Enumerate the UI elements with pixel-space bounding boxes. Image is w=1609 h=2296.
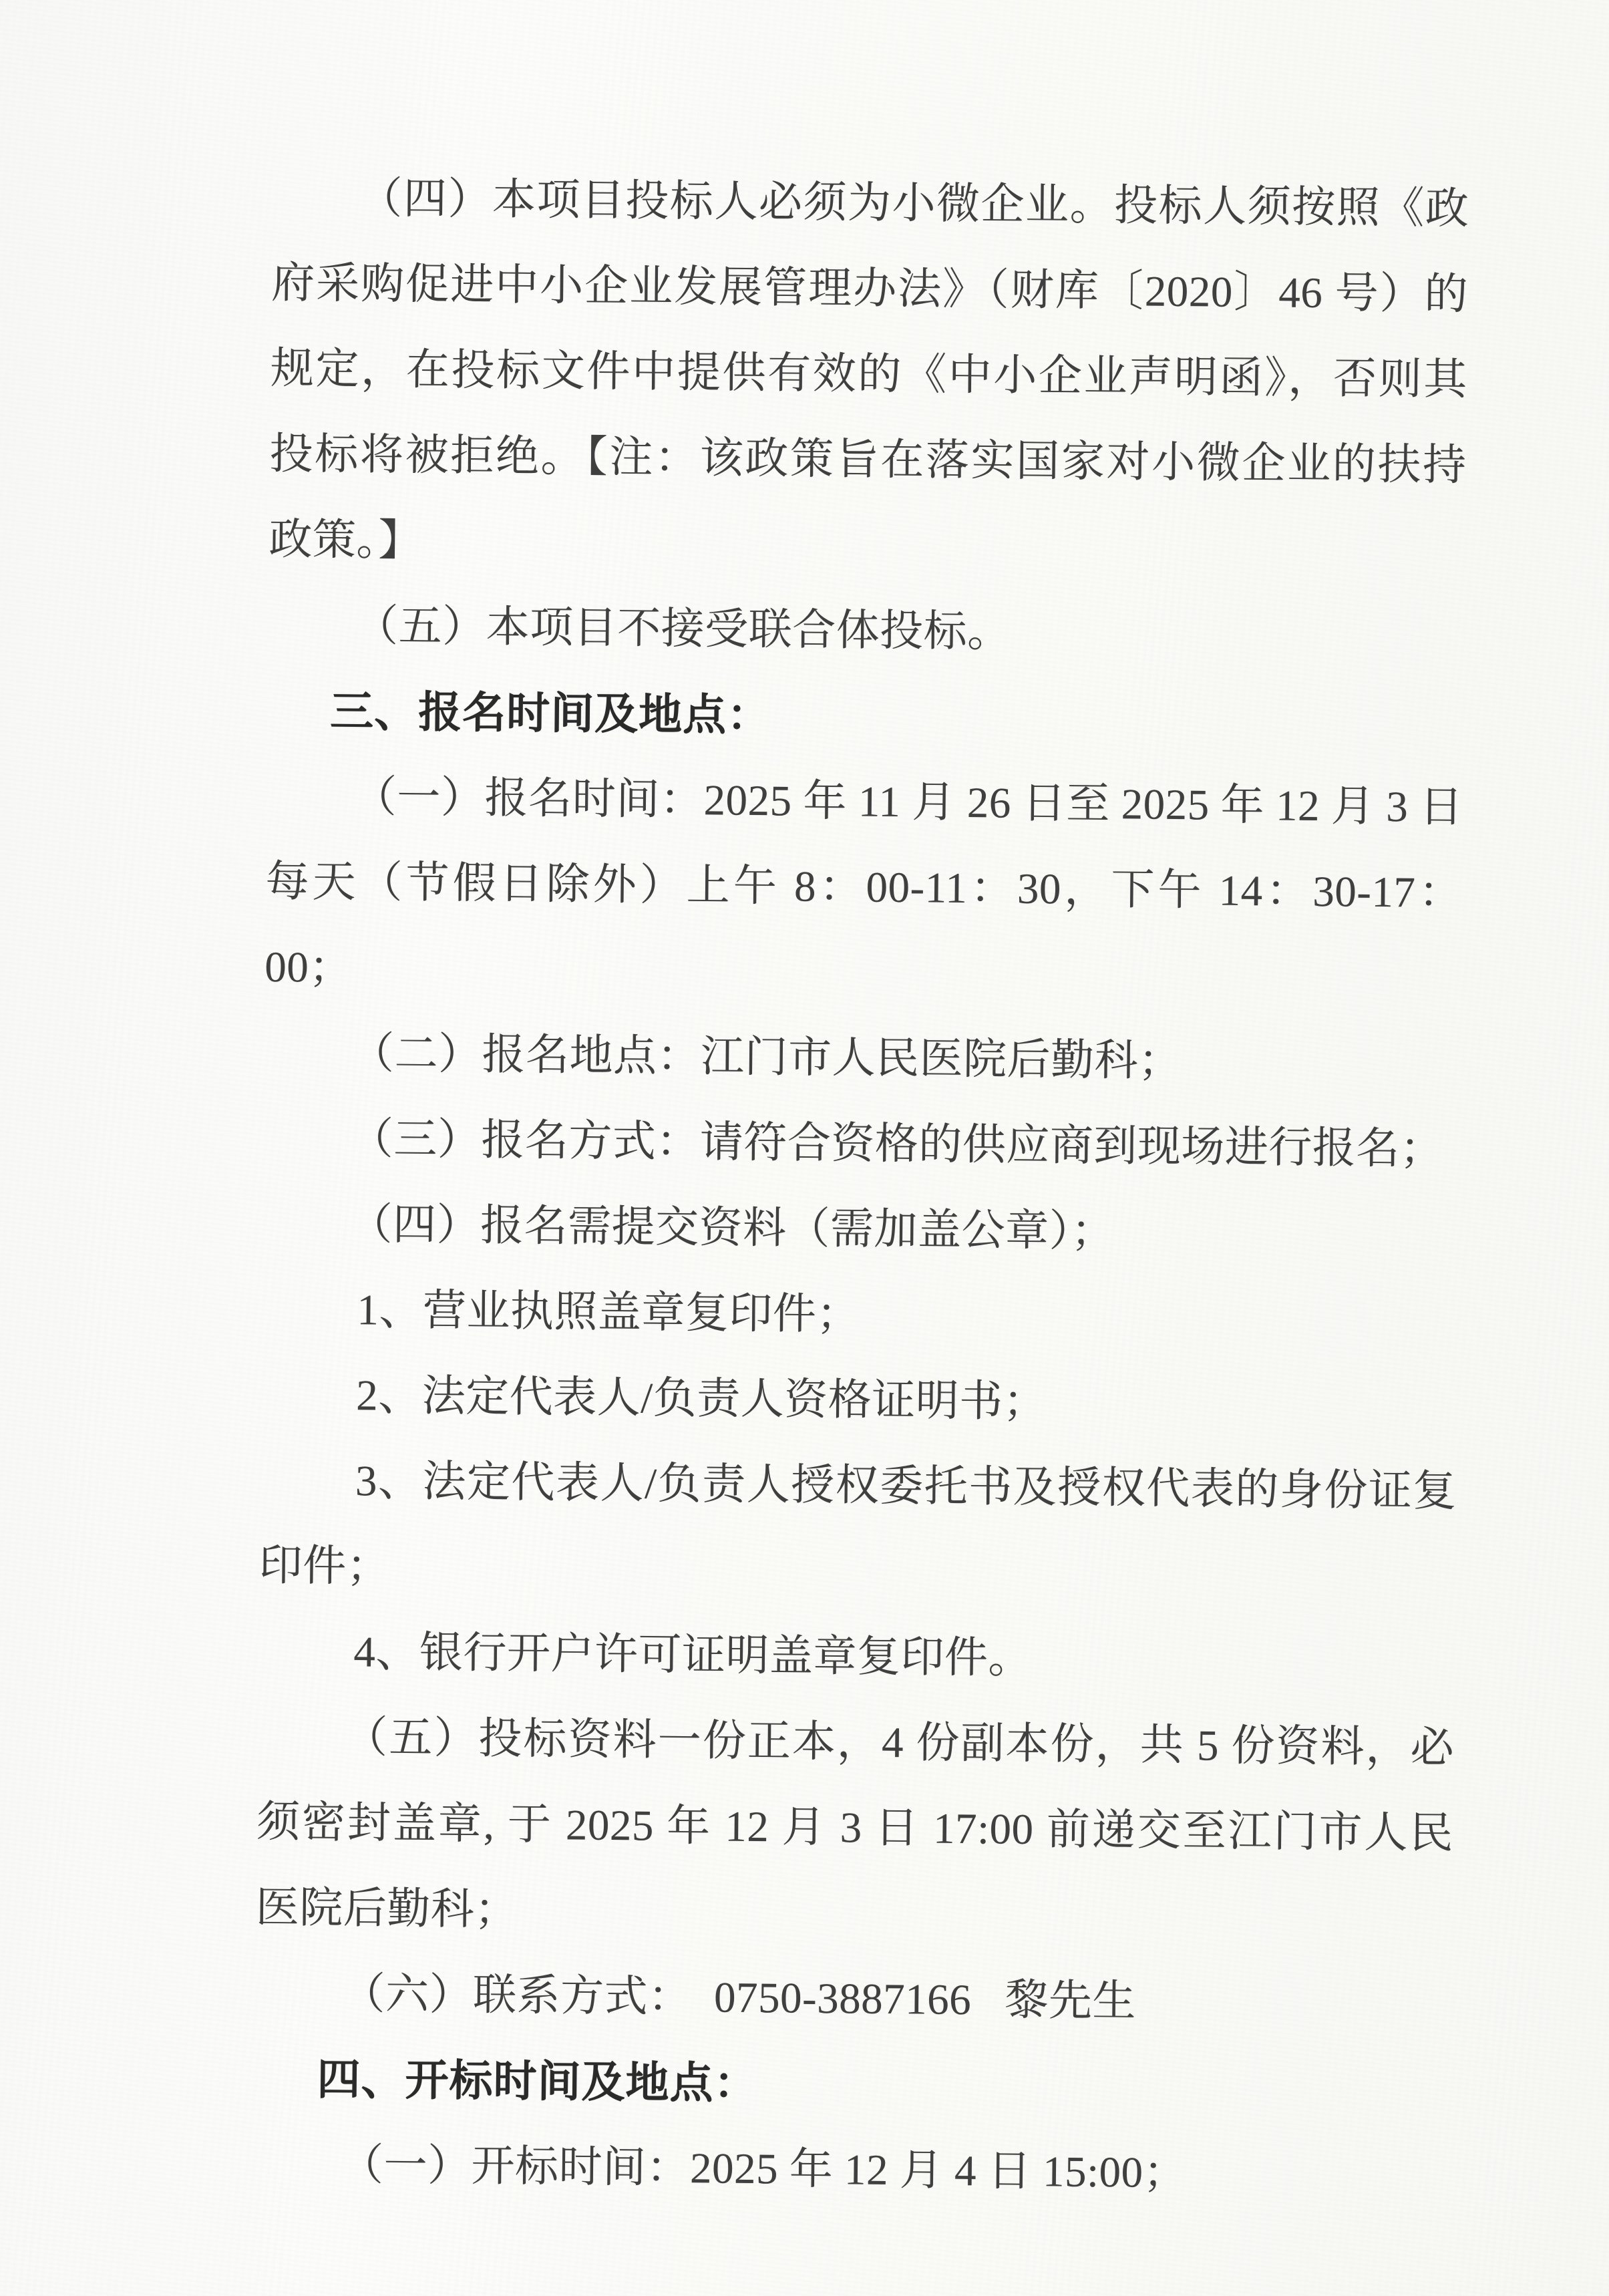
- document-text-block: （四）本项目投标人必须为小微企业。投标人须按照《政府采购促进中小企业发展管理办法…: [253, 155, 1469, 2219]
- paragraph-registration-materials: （四）报名需提交资料（需加盖公章）；: [262, 1181, 1459, 1278]
- paragraph-contact-info: （六）联系方式： 0750-3887166 黎先生: [254, 1951, 1452, 2047]
- paragraph-registration-time: （一）报名时间：2025 年 11 月 26 日至 2025 年 12 月 3 …: [264, 754, 1464, 1021]
- paragraph-no-consortium-bids: （五）本项目不接受联合体投标。: [268, 583, 1465, 679]
- list-item-2-legal-rep-qualification: 2、法定代表人/负责人资格证明书；: [260, 1352, 1458, 1449]
- paragraph-bid-opening-time: （一）开标时间：2025 年 12 月 4 日 15:00；: [253, 2122, 1451, 2219]
- paragraph-registration-place: （二）报名地点：江门市人民医院后勤科；: [263, 1010, 1461, 1107]
- list-item-4-bank-account-permit-copy: 4、银行开户许可证明盖章复印件。: [258, 1609, 1455, 1705]
- heading-section-4-bid-opening-time-place: 四、开标时间及地点：: [254, 2036, 1451, 2133]
- scanned-tender-document: { "page": { "paper_color": "#fbfbf9", "i…: [0, 0, 1609, 2296]
- paragraph-bid-documents-submission: （五）投标资料一份正本，4 份副本份，共 5 份资料，必须密封盖章, 于 202…: [255, 1694, 1455, 1962]
- heading-section-3-registration-time-place: 三、报名时间及地点：: [266, 668, 1464, 765]
- paragraph-registration-method: （三）报名方式：请符合资格的供应商到现场进行报名；: [262, 1096, 1460, 1192]
- paragraph-bidder-small-micro-requirement: （四）本项目投标人必须为小微企业。投标人须按照《政府采购促进中小企业发展管理办法…: [269, 155, 1469, 594]
- list-item-3-authorization-letter-id-copy: 3、法定代表人/负责人授权委托书及授权代表的身份证复印件；: [258, 1438, 1457, 1620]
- list-item-1-business-license-copy: 1、营业执照盖章复印件；: [261, 1267, 1459, 1363]
